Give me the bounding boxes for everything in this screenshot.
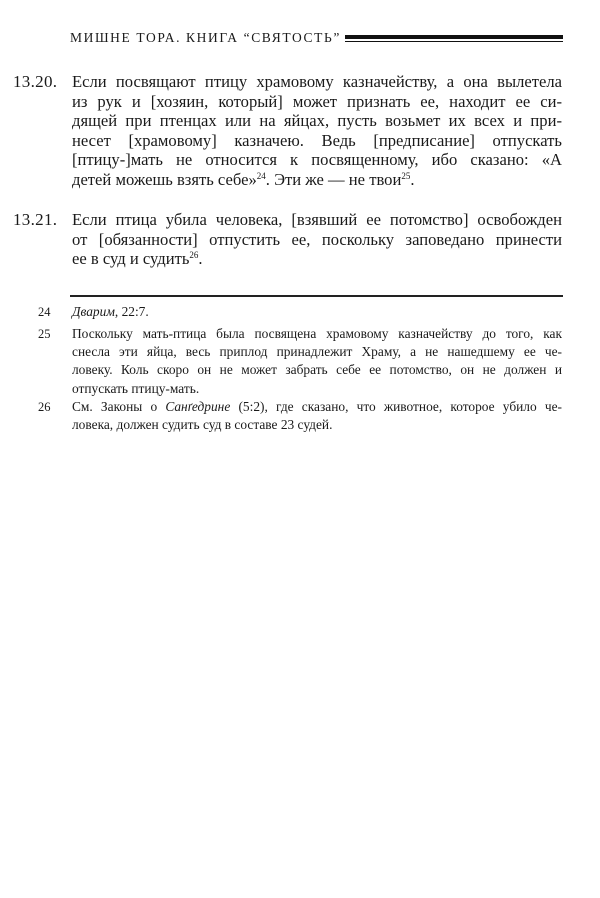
text-line: [птицу-]мать не относится к посвященному…	[72, 150, 562, 170]
footnote-text: Поскольку мать-птица была посвящена храм…	[72, 325, 562, 398]
footnote-text: Дварим, 22:7.	[72, 303, 562, 321]
text-line: См. Законы о Санґедрине (5:2), где сказа…	[72, 398, 562, 416]
text-line: дящей при птенцах или на яйцах, пусть во…	[72, 111, 562, 131]
text-line: несет [храмовому] казначею. Ведь [предпи…	[72, 131, 562, 151]
text-line: от [обязанности] отпустить ее, поскольку…	[72, 230, 562, 250]
header-rule	[345, 35, 563, 43]
text-line: отпускать птицу-мать.	[72, 380, 562, 398]
text-segment: детей можешь взять себе»	[72, 170, 257, 189]
text-segment: ее в суд и судить	[72, 249, 189, 268]
text-line: Если птица убила человека, [взявший ее п…	[72, 210, 562, 230]
text-line: Дварим, 22:7.	[72, 303, 562, 321]
footnote-number: 24	[38, 303, 51, 321]
footnote-separator	[70, 295, 563, 297]
text-line: ловека, должен судить суд в составе 23 с…	[72, 416, 562, 434]
footnote-number: 25	[38, 325, 51, 343]
text-line: Поскольку мать-птица была посвящена храм…	[72, 325, 562, 343]
running-title: Мишне Тора. Книга “Святость”	[70, 28, 341, 48]
paragraph-number: 13.21.	[13, 210, 57, 230]
text-segment: .	[410, 170, 414, 189]
text-segment: . Эти же — не твои	[266, 170, 402, 189]
header-rule-thin	[345, 41, 563, 42]
paragraph-text: Если птица убила человека, [взявший ее п…	[72, 210, 562, 269]
text-line: ее в суд и судить26.	[72, 249, 562, 269]
text-line: детей можешь взять себе»24. Эти же — не …	[72, 170, 562, 190]
header-rule-thick	[345, 35, 563, 39]
footnote-text: См. Законы о Санґедрине (5:2), где сказа…	[72, 398, 562, 434]
footnote-ref-25[interactable]: 25	[401, 171, 410, 181]
footnote-number: 26	[38, 398, 51, 416]
text-segment: , 22:7.	[115, 304, 149, 319]
book-title: Дварим	[72, 304, 115, 319]
text-line: ловеку. Коль скоро он не может забрать с…	[72, 361, 562, 379]
text-segment: (5:2), где сказано, что животное, которо…	[230, 399, 562, 414]
footnote-ref-24[interactable]: 24	[257, 171, 266, 181]
book-title: Санґедрине	[165, 399, 230, 414]
text-line: снесла эти яйца, весь приплод принадлежи…	[72, 343, 562, 361]
text-segment: .	[198, 249, 202, 268]
text-line: из рук и [хозяин, который] может признат…	[72, 92, 562, 112]
paragraph-number: 13.20.	[13, 72, 57, 92]
text-line: Если посвящают птицу храмовому казначейс…	[72, 72, 562, 92]
running-header: Мишне Тора. Книга “Святость”	[70, 28, 563, 48]
text-segment: См. Законы о	[72, 399, 165, 414]
paragraph-text: Если посвящают птицу храмовому казначейс…	[72, 72, 562, 190]
